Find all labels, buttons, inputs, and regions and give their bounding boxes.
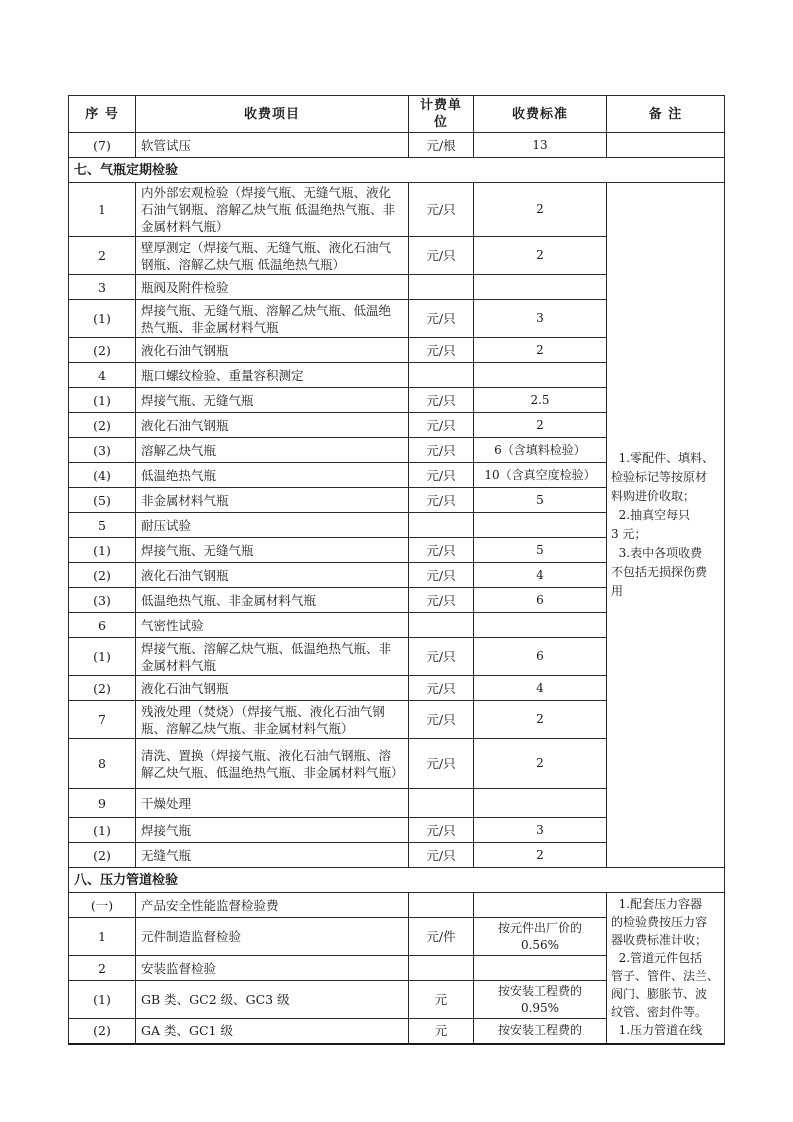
fee-table: 序 号收费项目计费单位收费标准备 注 (7)软管试压元/根13七、气瓶定期检验1… bbox=[68, 95, 725, 1045]
header-cell: 收费项目 bbox=[136, 96, 409, 133]
item-cell: 液化石油气钢瓶 bbox=[136, 563, 409, 588]
item-cell: 焊接气瓶、无缝气瓶、溶解乙炔气瓶、低温绝热气瓶、非金属材料气瓶 bbox=[136, 300, 409, 338]
unit-cell bbox=[409, 513, 474, 538]
unit-cell: 元/只 bbox=[409, 488, 474, 513]
item-cell: 瓶阀及附件检验 bbox=[136, 275, 409, 300]
unit-cell: 元/只 bbox=[409, 338, 474, 363]
unit-cell: 元/只 bbox=[409, 388, 474, 413]
item-cell: 液化石油气钢瓶 bbox=[136, 338, 409, 363]
item-cell: 元件制造监督检验 bbox=[136, 918, 409, 956]
unit-cell: 元/只 bbox=[409, 300, 474, 338]
fee-cell bbox=[474, 275, 607, 300]
unit-cell: 元 bbox=[409, 1019, 474, 1044]
serial-cell: 7 bbox=[69, 701, 136, 739]
serial-cell: (2) bbox=[69, 563, 136, 588]
serial-cell: (3) bbox=[69, 438, 136, 463]
table-row: (7)软管试压元/根13 bbox=[69, 133, 725, 158]
item-cell: 壁厚测定（焊接气瓶、无缝气瓶、液化石油气钢瓶、溶解乙炔气瓶 低温绝热气瓶） bbox=[136, 237, 409, 275]
unit-cell: 元/只 bbox=[409, 843, 474, 868]
unit-cell: 元/只 bbox=[409, 588, 474, 613]
fee-cell: 6 bbox=[474, 638, 607, 676]
serial-cell: (3) bbox=[69, 588, 136, 613]
unit-cell: 元/只 bbox=[409, 818, 474, 843]
item-cell: 无缝气瓶 bbox=[136, 843, 409, 868]
item-cell: 低温绝热气瓶、非金属材料气瓶 bbox=[136, 588, 409, 613]
serial-cell: (5) bbox=[69, 488, 136, 513]
serial-cell: (4) bbox=[69, 463, 136, 488]
serial-cell: 9 bbox=[69, 789, 136, 818]
table-row: 1内外部宏观检验（焊接气瓶、无缝气瓶、液化石油气钢瓶、溶解乙炔气瓶 低温绝热气瓶… bbox=[69, 183, 725, 237]
fee-cell: 2 bbox=[474, 413, 607, 438]
item-cell: 液化石油气钢瓶 bbox=[136, 676, 409, 701]
fee-cell: 按安装工程费的 0.95% bbox=[474, 981, 607, 1019]
fee-cell: 6（含填料检验） bbox=[474, 438, 607, 463]
fee-cell bbox=[474, 789, 607, 818]
serial-cell: (2) bbox=[69, 676, 136, 701]
fee-cell: 5 bbox=[474, 538, 607, 563]
item-cell: 焊接气瓶、无缝气瓶 bbox=[136, 388, 409, 413]
item-cell: GB 类、GC2 级、GC3 级 bbox=[136, 981, 409, 1019]
section-header-row: 七、气瓶定期检验 bbox=[69, 158, 725, 183]
serial-cell: 1 bbox=[69, 183, 136, 237]
serial-cell: 2 bbox=[69, 237, 136, 275]
serial-cell: (1) bbox=[69, 300, 136, 338]
remark-cell: 1.零配件、填料、 检验标记等按原材 料购进价收取； 2.抽真空每只 3 元； … bbox=[607, 183, 725, 868]
item-cell: 耐压试验 bbox=[136, 513, 409, 538]
unit-cell bbox=[409, 363, 474, 388]
serial-cell: (1) bbox=[69, 388, 136, 413]
fee-cell bbox=[474, 956, 607, 981]
fee-cell: 2 bbox=[474, 183, 607, 237]
section-title-cell: 七、气瓶定期检验 bbox=[69, 158, 725, 183]
unit-cell: 元/只 bbox=[409, 638, 474, 676]
serial-cell: 3 bbox=[69, 275, 136, 300]
section-title-cell: 八、压力管道检验 bbox=[69, 868, 725, 893]
unit-cell: 元/只 bbox=[409, 237, 474, 275]
item-cell: 残液处理（焚烧）（焊接气瓶、液化石油气钢瓶、溶解乙炔气瓶、非金属材料气瓶） bbox=[136, 701, 409, 739]
header-cell: 备 注 bbox=[607, 96, 725, 133]
fee-cell: 4 bbox=[474, 676, 607, 701]
serial-cell: (7) bbox=[69, 133, 136, 158]
unit-cell: 元/只 bbox=[409, 701, 474, 739]
item-cell: 焊接气瓶 bbox=[136, 818, 409, 843]
item-cell: 溶解乙炔气瓶 bbox=[136, 438, 409, 463]
unit-cell: 元/根 bbox=[409, 133, 474, 158]
unit-cell bbox=[409, 956, 474, 981]
fee-cell: 3 bbox=[474, 300, 607, 338]
unit-cell: 元/只 bbox=[409, 438, 474, 463]
serial-cell: (1) bbox=[69, 538, 136, 563]
serial-cell: (2) bbox=[69, 413, 136, 438]
unit-cell: 元/只 bbox=[409, 463, 474, 488]
serial-cell: 4 bbox=[69, 363, 136, 388]
header-cell: 序 号 bbox=[69, 96, 136, 133]
item-cell: 清洗、置换（焊接气瓶、液化石油气钢瓶、溶解乙炔气瓶、低温绝热气瓶、非金属材料气瓶… bbox=[136, 739, 409, 789]
remark-cell: 1.配套压力容器 的检验费按压力容 器收费标准计收； 2.管道元件包括 管子、管… bbox=[607, 893, 725, 1044]
item-cell: 焊接气瓶、无缝气瓶 bbox=[136, 538, 409, 563]
serial-cell: (2) bbox=[69, 1019, 136, 1044]
table-row: (一)产品安全性能监督检验费 1.配套压力容器 的检验费按压力容 器收费标准计收… bbox=[69, 893, 725, 918]
unit-cell: 元 bbox=[409, 981, 474, 1019]
unit-cell: 元/件 bbox=[409, 918, 474, 956]
remark-cell bbox=[607, 133, 725, 158]
header-cell: 收费标准 bbox=[474, 96, 607, 133]
item-cell: 非金属材料气瓶 bbox=[136, 488, 409, 513]
item-cell: 焊接气瓶、溶解乙炔气瓶、低温绝热气瓶、非金属材料气瓶 bbox=[136, 638, 409, 676]
fee-cell bbox=[474, 513, 607, 538]
item-cell: 产品安全性能监督检验费 bbox=[136, 893, 409, 918]
serial-cell: (2) bbox=[69, 338, 136, 363]
unit-cell bbox=[409, 893, 474, 918]
fee-cell bbox=[474, 613, 607, 638]
serial-cell: (1) bbox=[69, 818, 136, 843]
serial-cell: (2) bbox=[69, 843, 136, 868]
unit-cell: 元/只 bbox=[409, 538, 474, 563]
serial-cell: 8 bbox=[69, 739, 136, 789]
serial-cell: 6 bbox=[69, 613, 136, 638]
header-row: 序 号收费项目计费单位收费标准备 注 bbox=[69, 96, 725, 133]
fee-cell: 4 bbox=[474, 563, 607, 588]
fee-cell: 2 bbox=[474, 739, 607, 789]
unit-cell: 元/只 bbox=[409, 739, 474, 789]
fee-cell: 13 bbox=[474, 133, 607, 158]
serial-cell: (1) bbox=[69, 638, 136, 676]
fee-cell: 6 bbox=[474, 588, 607, 613]
fee-cell: 2.5 bbox=[474, 388, 607, 413]
item-cell: 内外部宏观检验（焊接气瓶、无缝气瓶、液化石油气钢瓶、溶解乙炔气瓶 低温绝热气瓶、… bbox=[136, 183, 409, 237]
serial-cell: 2 bbox=[69, 956, 136, 981]
serial-cell: (1) bbox=[69, 981, 136, 1019]
fee-cell bbox=[474, 893, 607, 918]
fee-cell: 2 bbox=[474, 338, 607, 363]
unit-cell bbox=[409, 275, 474, 300]
fee-cell: 5 bbox=[474, 488, 607, 513]
fee-cell: 按安装工程费的 bbox=[474, 1019, 607, 1044]
fee-table-head: 序 号收费项目计费单位收费标准备 注 bbox=[69, 96, 725, 133]
fee-cell: 2 bbox=[474, 237, 607, 275]
fee-cell: 10（含真空度检验） bbox=[474, 463, 607, 488]
fee-cell: 2 bbox=[474, 701, 607, 739]
fee-cell: 3 bbox=[474, 818, 607, 843]
fee-cell: 按元件出厂价的 0.56% bbox=[474, 918, 607, 956]
section-header-row: 八、压力管道检验 bbox=[69, 868, 725, 893]
fee-cell: 2 bbox=[474, 843, 607, 868]
document-page: 序 号收费项目计费单位收费标准备 注 (7)软管试压元/根13七、气瓶定期检验1… bbox=[0, 0, 793, 1122]
header-cell: 计费单位 bbox=[409, 96, 474, 133]
item-cell: 低温绝热气瓶 bbox=[136, 463, 409, 488]
fee-table-body: (7)软管试压元/根13七、气瓶定期检验1内外部宏观检验（焊接气瓶、无缝气瓶、液… bbox=[69, 133, 725, 1044]
item-cell: GA 类、GC1 级 bbox=[136, 1019, 409, 1044]
item-cell: 液化石油气钢瓶 bbox=[136, 413, 409, 438]
unit-cell bbox=[409, 789, 474, 818]
item-cell: 瓶口螺纹检验、重量容积测定 bbox=[136, 363, 409, 388]
serial-cell: 1 bbox=[69, 918, 136, 956]
unit-cell: 元/只 bbox=[409, 676, 474, 701]
unit-cell: 元/只 bbox=[409, 413, 474, 438]
item-cell: 安装监督检验 bbox=[136, 956, 409, 981]
item-cell: 软管试压 bbox=[136, 133, 409, 158]
serial-cell: 5 bbox=[69, 513, 136, 538]
item-cell: 气密性试验 bbox=[136, 613, 409, 638]
item-cell: 干燥处理 bbox=[136, 789, 409, 818]
unit-cell bbox=[409, 613, 474, 638]
serial-cell: (一) bbox=[69, 893, 136, 918]
fee-cell bbox=[474, 363, 607, 388]
unit-cell: 元/只 bbox=[409, 563, 474, 588]
unit-cell: 元/只 bbox=[409, 183, 474, 237]
